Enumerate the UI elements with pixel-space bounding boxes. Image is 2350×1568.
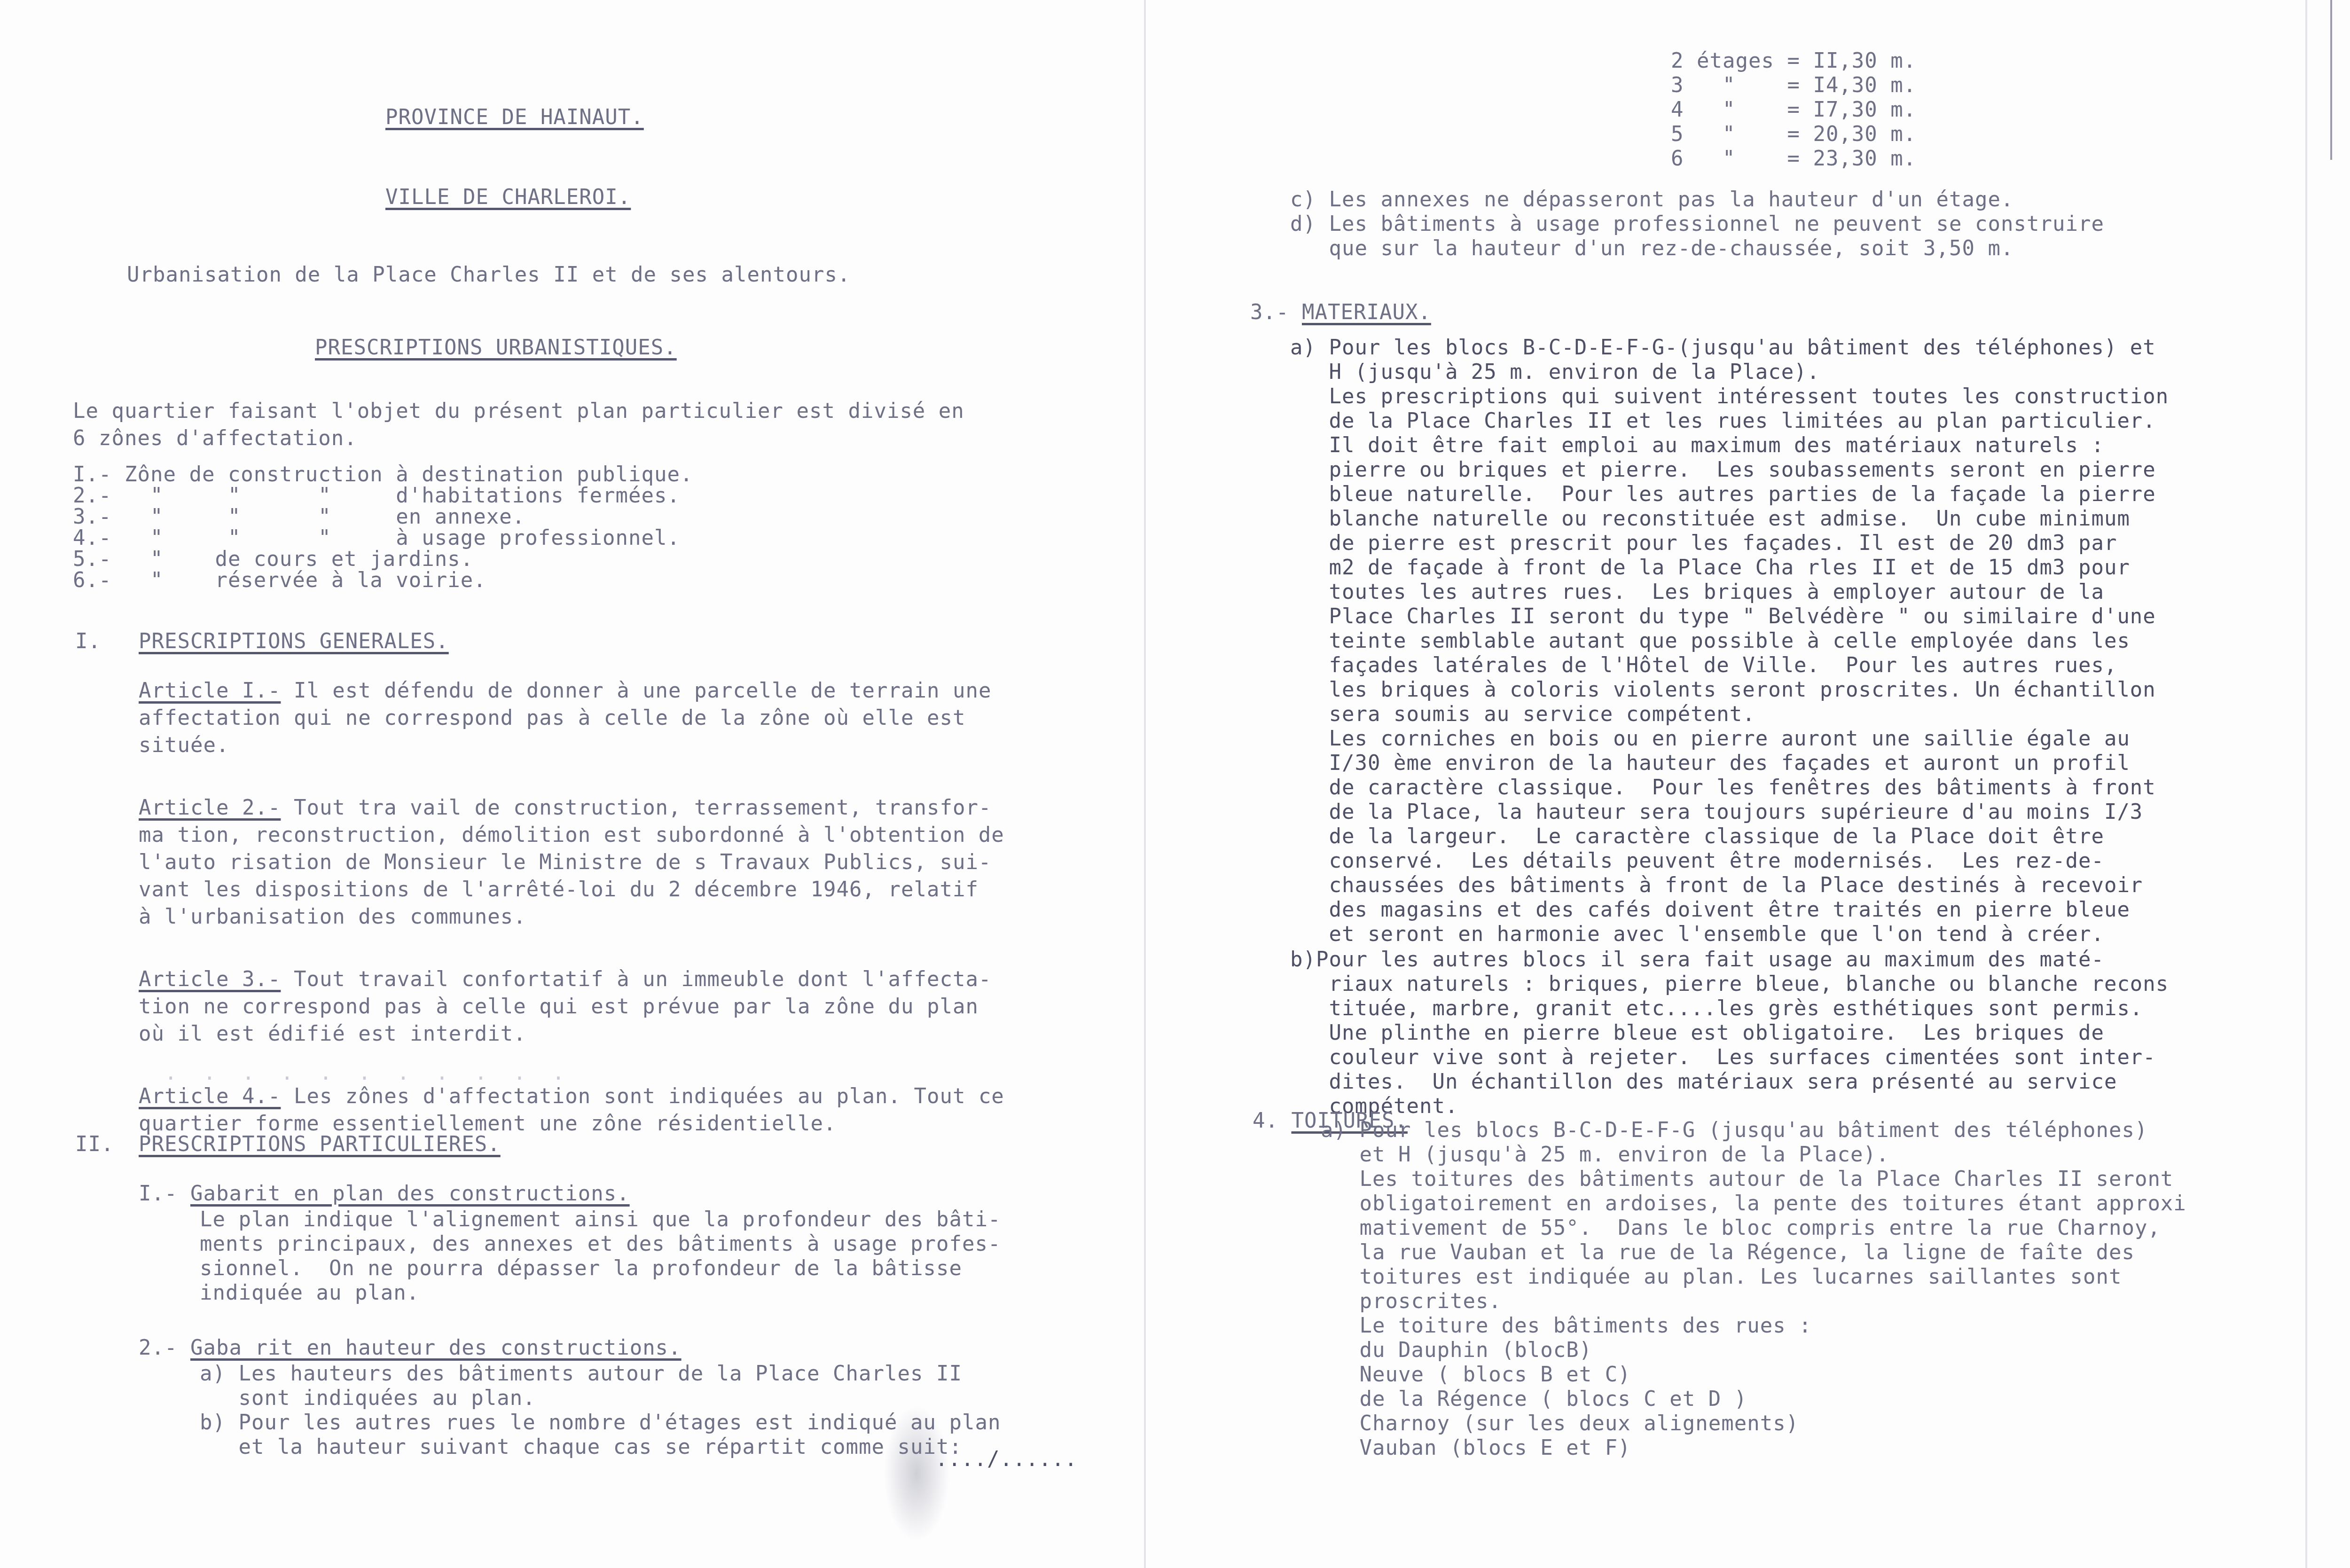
floor-height-row: 2 étages = II,30 m. — [1671, 49, 1916, 73]
materials-text: de la largeur. Le caractère classique de… — [1290, 825, 2104, 848]
materials-text: chaussées des bâtiments à front de la Pl… — [1290, 874, 2143, 897]
underlined-heading: PRESCRIPTIONS PARTICULIERES. — [139, 1132, 501, 1156]
subsection-text: et la hauteur suivant chaque cas se répa… — [200, 1435, 962, 1459]
floor-height-row: 5 " = 20,30 m. — [1671, 123, 1916, 146]
zone-list-item: 4.- " " " à usage professionnel. — [73, 526, 680, 550]
article-text: située. — [139, 734, 229, 757]
materials-text: de pierre est prescrit pour les façades.… — [1290, 532, 2117, 555]
page-1 — [0, 0, 1144, 1568]
article-label: Article 2.- Tout tra vail de constructio… — [139, 796, 991, 820]
subsection-text: Le plan indique l'alignement ainsi que l… — [200, 1208, 1001, 1231]
subsection-title: 2.- Gaba rit en hauteur des construction… — [139, 1336, 681, 1360]
underlined-heading: Article I.- — [139, 679, 281, 703]
article-text: l'auto risation de Monsieur le Ministre … — [139, 851, 991, 874]
materials-text: a) Pour les blocs B-C-D-E-F-G-(jusqu'au … — [1290, 336, 2156, 360]
zone-list-item: 3.- " " " en annexe. — [73, 505, 525, 529]
zone-list-item: 6.- " réservée à la voirie. — [73, 569, 486, 592]
materials-text: Les prescriptions qui suivent intéressen… — [1290, 385, 2169, 408]
article-text: Tout tra vail de construction, terrassem… — [281, 796, 991, 820]
floor-height-row: 4 " = I7,30 m. — [1671, 98, 1916, 122]
materials-text: et seront en harmonie avec l'ensemble qu… — [1290, 923, 2104, 946]
materials-text: m2 de façade à front de la Place Cha rle… — [1290, 556, 2130, 580]
materials-text: sera soumis au service compétent. — [1290, 703, 1755, 726]
province-heading: PROVINCE DE HAINAUT. — [385, 106, 644, 129]
subsection-text: indiquée au plan. — [200, 1281, 419, 1305]
height-rule-line: que sur la hauteur d'un rez-de-chaussée,… — [1290, 237, 2013, 260]
subsection-title: I.- Gabarit en plan des constructions. — [139, 1182, 630, 1206]
roofing-text: proscrites. — [1321, 1290, 1502, 1313]
subsection-text: b) Pour les autres rues le nombre d'étag… — [200, 1411, 1001, 1435]
subsection-text: a) Les hauteurs des bâtiments autour de … — [200, 1362, 962, 1386]
page-seam — [1144, 0, 1146, 1568]
section-number: II. — [75, 1133, 114, 1156]
article-text: où il est édifié est interdit. — [139, 1022, 526, 1046]
underlined-heading: Gaba rit en hauteur des constructions. — [190, 1336, 681, 1360]
section-title: PRESCRIPTIONS PARTICULIERES. — [139, 1133, 501, 1156]
materials-text: de la Place Charles II et les rues limit… — [1290, 409, 2156, 433]
roofing-text: Vauban (blocs E et F) — [1321, 1436, 1631, 1460]
section-title: 3.- MATERIAUX. — [1250, 301, 1431, 324]
page-seam — [2305, 0, 2307, 1568]
zone-list-item: I.- Zône de construction à destination p… — [73, 463, 693, 486]
floor-height-row: 3 " = I4,30 m. — [1671, 74, 1916, 97]
roofing-text: Les toitures des bâtiments autour de la … — [1321, 1168, 2173, 1191]
height-rule-line: c) Les annexes ne dépasseront pas la hau… — [1290, 188, 2013, 212]
subsection-text: ments principaux, des annexes et des bât… — [200, 1232, 1001, 1256]
subsection-text: sionnel. On ne pourra dépasser la profon… — [200, 1257, 962, 1280]
page-title: PRESCRIPTIONS URBANISTIQUES. — [315, 336, 677, 360]
materials-text: les briques à coloris violents seront pr… — [1290, 678, 2156, 702]
article-text: Il est défendu de donner à une parcelle … — [281, 679, 991, 703]
zone-list-item: 5.- " de cours et jardins. — [73, 548, 473, 571]
materials-text: Les corniches en bois ou en pierre auron… — [1290, 727, 2130, 751]
materials-text: tituée, marbre, granit etc....les grès e… — [1290, 997, 2143, 1020]
underlined-heading: PRESCRIPTIONS GENERALES. — [139, 629, 449, 653]
materials-text: façades latérales de l'Hôtel de Ville. P… — [1290, 654, 2117, 677]
article-text: à l'urbanisation des communes. — [139, 905, 526, 929]
materials-text: bleue naturelle. Pour les autres parties… — [1290, 483, 2156, 506]
materials-text: teinte semblable autant que possible à c… — [1290, 629, 2130, 653]
section-number: I. — [75, 630, 101, 653]
roofing-text: toitures est indiquée au plan. Les lucar… — [1321, 1265, 2122, 1289]
roofing-text: Charnoy (sur les deux alignements) — [1321, 1412, 1799, 1435]
materials-text: conservé. Les détails peuvent être moder… — [1290, 849, 2104, 873]
label-prefix: 2.- — [139, 1336, 190, 1360]
materials-text: blanche naturelle ou reconstituée est ad… — [1290, 507, 2130, 531]
article-text: Tout travail confortatif à un immeuble d… — [281, 967, 991, 991]
materials-text: H (jusqu'à 25 m. environ de la Place). — [1290, 361, 1820, 384]
illegible-text: · · · · · · · · · · · — [139, 1067, 565, 1090]
subject-heading: Urbanisation de la Place Charles II et d… — [127, 263, 850, 287]
roofing-text: et H (jusqu'à 25 m. environ de la Place)… — [1321, 1143, 1889, 1167]
label-prefix: 3.- — [1250, 300, 1302, 324]
roofing-text: obligatoirement en ardoises, la pente de… — [1321, 1192, 2186, 1215]
article-label: Article I.- Il est défendu de donner à u… — [139, 679, 991, 703]
ink-smudge — [884, 1405, 949, 1542]
roofing-text: du Dauphin (blocB) — [1321, 1339, 1592, 1362]
floor-height-row: 6 " = 23,30 m. — [1671, 147, 1916, 171]
underlined-heading: MATERIAUX. — [1302, 300, 1431, 324]
label-prefix: 4. — [1253, 1109, 1291, 1133]
materials-text: Il doit être fait emploi au maximum des … — [1290, 434, 2104, 457]
underlined-heading: Article 2.- — [139, 796, 281, 820]
materials-text: b)Pour les autres blocs il sera fait usa… — [1290, 948, 2104, 972]
materials-text: Place Charles II seront du type " Belvéd… — [1290, 605, 2156, 628]
roofing-text: Neuve ( blocs B et C) — [1321, 1363, 1631, 1387]
zone-list-item: 2.- " " " d'habitations fermées. — [73, 484, 680, 508]
materials-text: Une plinthe en pierre bleue est obligato… — [1290, 1021, 2104, 1045]
margin-line — [2330, 0, 2332, 160]
underlined-heading: Gabarit en plan des constructions. — [190, 1182, 630, 1206]
materials-text: couleur vive sont à rejeter. Les surface… — [1290, 1046, 2156, 1069]
article-label: Article 3.- Tout travail confortatif à u… — [139, 968, 991, 991]
intro-line: Le quartier faisant l'objet du présent p… — [73, 400, 964, 423]
roofing-text: de la Régence ( blocs C et D ) — [1321, 1388, 1747, 1411]
roofing-text: a) Pour les blocs B-C-D-E-F-G (jusqu'au … — [1321, 1119, 2147, 1142]
city-heading: VILLE DE CHARLEROI. — [385, 186, 631, 209]
roofing-text: Le toiture des bâtiments des rues : — [1321, 1314, 1812, 1338]
article-text: vant les dispositions de l'arrêté-loi du… — [139, 878, 979, 902]
roofing-text: mativement de 55°. Dans le bloc compris … — [1321, 1216, 2161, 1240]
height-rule-line: d) Les bâtiments à usage professionnel n… — [1290, 212, 2104, 236]
section-title: PRESCRIPTIONS GENERALES. — [139, 630, 449, 653]
materials-text: des magasins et des cafés doivent être t… — [1290, 898, 2130, 922]
page-3 — [2307, 0, 2350, 1568]
materials-text: I/30 ème environ de la hauteur des façad… — [1290, 752, 2130, 775]
continued-marker: ..../...... — [935, 1448, 1077, 1471]
article-text: ma tion, reconstruction, démolition est … — [139, 823, 1004, 847]
article-text: affectation qui ne correspond pas à cell… — [139, 706, 965, 730]
underlined-heading: Article 3.- — [139, 967, 281, 991]
intro-line: 6 zônes d'affectation. — [73, 427, 357, 450]
materials-text: de caractère classique. Pour les fenêtre… — [1290, 776, 2156, 800]
article-text: tion ne correspond pas à celle qui est p… — [139, 995, 979, 1019]
subsection-text: sont indiquées au plan. — [200, 1387, 536, 1410]
materials-text: pierre ou briques et pierre. Les soubass… — [1290, 458, 2156, 482]
materials-text: riaux naturels : briques, pierre bleue, … — [1290, 972, 2169, 996]
label-prefix: I.- — [139, 1182, 190, 1206]
materials-text: toutes les autres rues. Les briques à em… — [1290, 580, 2104, 604]
roofing-text: la rue Vauban et la rue de la Régence, l… — [1321, 1241, 2135, 1264]
materials-text: de la Place, la hauteur sera toujours su… — [1290, 800, 2143, 824]
materials-text: dites. Un échantillon des matériaux sera… — [1290, 1070, 2117, 1094]
